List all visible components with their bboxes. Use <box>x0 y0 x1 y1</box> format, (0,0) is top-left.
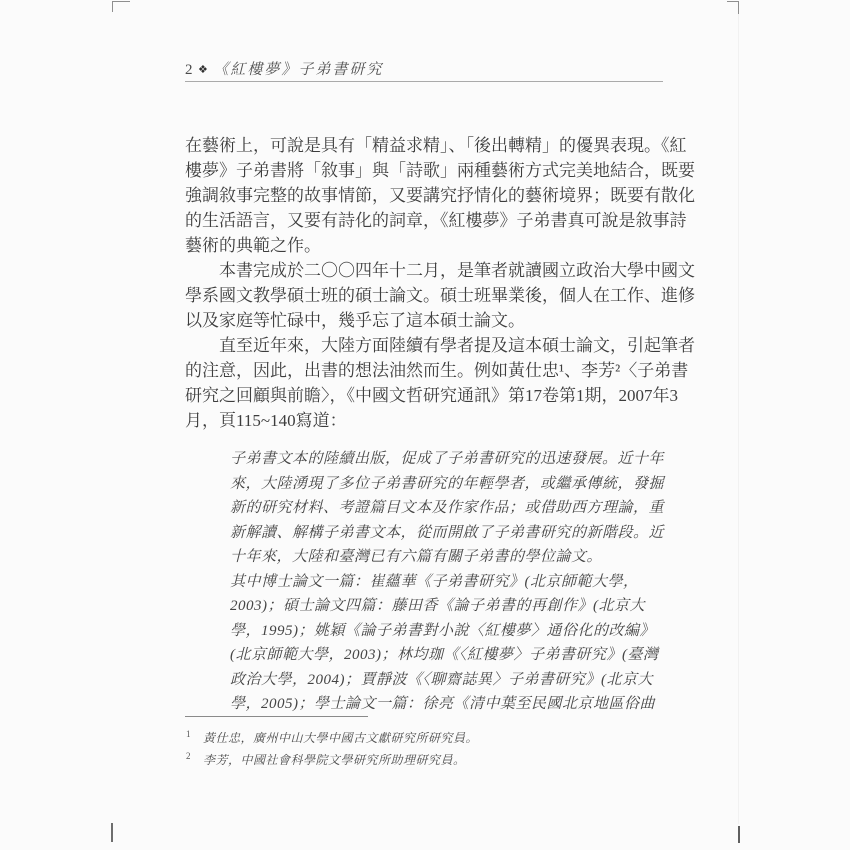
quote-line: 2003)；碩士論文四篇：藤田香《論子弟書的再創作》(北京大 <box>230 594 630 619</box>
quote-line: 十年來，大陸和臺灣已有六篇有關子弟書的學位論文。 <box>230 545 630 570</box>
quote-line: 學，2005)；學士論文一篇：徐亮《清中葉至民國北京地區俗曲 <box>230 692 630 717</box>
crop-mark-top-right-vertical <box>738 1 739 14</box>
footnote: 2李芳，中國社會科學院文學研究所助理研究員。 <box>186 745 668 767</box>
footnote-text: 李芳，中國社會科學院文學研究所助理研究員。 <box>203 753 466 767</box>
footnote-text: 黃仕忠，廣州中山大學中國古文獻研究所研究員。 <box>203 731 478 745</box>
body-line: 的注意，因此，出書的想法油然而生。例如黃仕忠¹、李芳²〈子弟書 <box>185 358 667 383</box>
body-line: 以及家庭等忙碌中，幾乎忘了這本碩士論文。 <box>185 308 667 333</box>
book-page-scan: 2❖《紅樓夢》子弟書研究 在藝術上，可說是具有「精益求精」、「後出轉精」的優異表… <box>0 0 850 850</box>
quote-line: 新的研究材料、考證篇目文本及作家作品；或借助西方理論，重 <box>230 496 630 521</box>
footnotes: 1黃仕忠，廣州中山大學中國古文獻研究所研究員。 2李芳，中國社會科學院文學研究所… <box>186 723 668 767</box>
body-line: 學系國文教學碩士班的碩士論文。碩士班畢業後，個人在工作、進修 <box>185 283 667 308</box>
crop-mark-top-left-horizontal <box>112 1 130 2</box>
body-line: 樓夢》子弟書將「敘事」與「詩歌」兩種藝術方式完美地結合，既要 <box>185 158 667 183</box>
body-line-paragraph-start: 直至近年來，大陸方面陸續有學者提及這本碩士論文，引起筆者 <box>185 333 667 358</box>
footnote-rule <box>185 716 368 717</box>
quote-line: 來，大陸湧現了多位子弟書研究的年輕學者，或繼承傳統，發掘 <box>230 472 630 497</box>
body-line-paragraph-start: 本書完成於二〇〇四年十二月，是筆者就讀國立政治大學中國文 <box>185 258 667 283</box>
body-line: 藝術的典範之作。 <box>185 233 667 258</box>
quote-line: 新解讀、解構子弟書文本，從而開啟了子弟書研究的新階段。近 <box>230 521 630 546</box>
page-trim-line <box>738 14 739 824</box>
block-quote: 子弟書文本的陸續出版，促成了子弟書研究的迅速發展。近十年 來，大陸湧現了多位子弟… <box>230 447 630 717</box>
page-header: 2❖《紅樓夢》子弟書研究 <box>185 60 383 80</box>
body-line: 研究之回顧與前瞻〉，《中國文哲研究通訊》第17卷第1期，2007年3 <box>185 383 667 408</box>
quote-line: 政治大學，2004)；賈靜波《〈聊齋誌異〉子弟書研究》(北京大 <box>230 668 630 693</box>
body-line: 的生活語言，又要有詩化的詞章，《紅樓夢》子弟書真可說是敘事詩 <box>185 208 667 233</box>
quote-line: 其中博士論文一篇：崔蘊華《子弟書研究》(北京師範大學， <box>230 570 630 595</box>
footnote-marker: 1 <box>186 723 203 745</box>
body-line: 強調敘事完整的故事情節，又要講究抒情化的藝術境界；既要有散化 <box>185 183 667 208</box>
header-rule <box>185 81 663 82</box>
quote-line: (北京師範大學，2003)；林均珈《〈紅樓夢〉子弟書研究》(臺灣 <box>230 643 630 668</box>
page-number: 2 <box>185 62 193 78</box>
quote-line: 子弟書文本的陸續出版，促成了子弟書研究的迅速發展。近十年 <box>230 447 630 472</box>
quote-line: 學，1995)；姚穎《論子弟書對小說〈紅樓夢〉通俗化的改編》 <box>230 619 630 644</box>
running-title: 《紅樓夢》子弟書研究 <box>213 62 383 78</box>
body-text: 在藝術上，可說是具有「精益求精」、「後出轉精」的優異表現。《紅 樓夢》子弟書將「… <box>185 133 667 433</box>
crop-mark-bottom-left <box>111 823 113 842</box>
ornament-diamond-icon: ❖ <box>198 64 208 76</box>
footnote: 1黃仕忠，廣州中山大學中國古文獻研究所研究員。 <box>186 723 668 745</box>
footnote-marker: 2 <box>186 745 203 767</box>
crop-mark-top-left-vertical <box>112 1 113 12</box>
body-line: 在藝術上，可說是具有「精益求精」、「後出轉精」的優異表現。《紅 <box>185 133 667 158</box>
body-line: 月，頁115~140寫道： <box>185 408 667 433</box>
crop-mark-bottom-right <box>738 826 740 843</box>
